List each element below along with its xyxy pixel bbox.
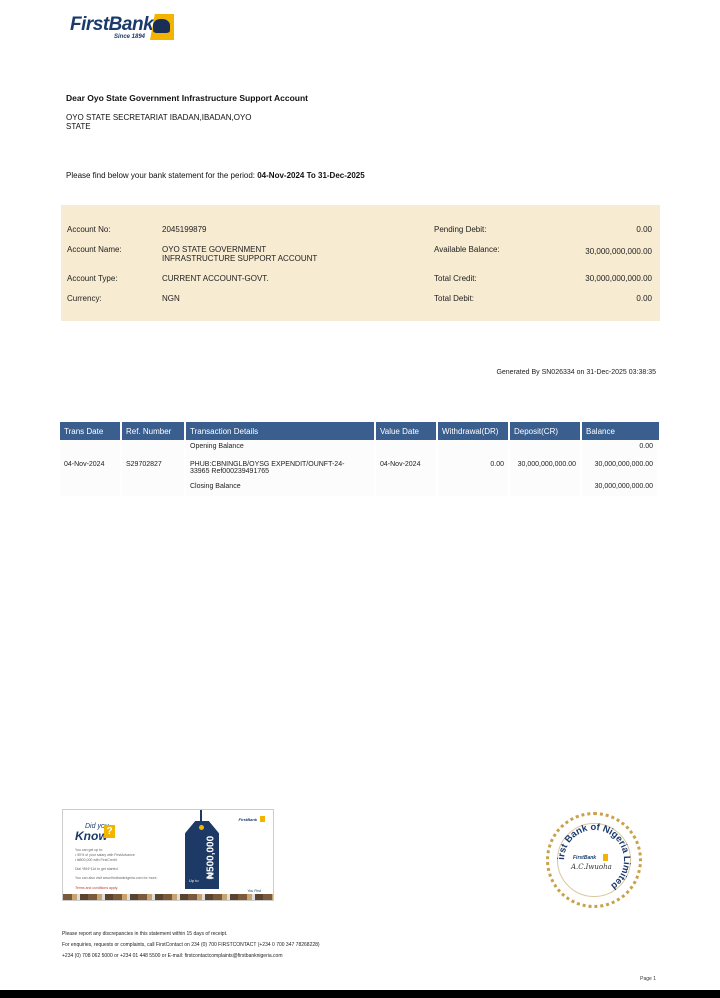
footer-contact-email: +234 (0) 708 062 5000 or +234 01 448 550…: [62, 953, 282, 959]
col-withdrawal: Withdrawal(DR): [438, 422, 510, 440]
available-balance-label: Available Balance:: [434, 245, 500, 254]
promo-upto: Up to: [189, 878, 199, 883]
table-row-opening: Opening Balance 0.00: [60, 440, 659, 456]
address-block: OYO STATE SECRETARIAT IBADAN,IBADAN,OYO …: [66, 113, 252, 131]
address-line: STATE: [66, 122, 252, 131]
cell-withdrawal: [438, 440, 510, 456]
promo-photo-strip: [63, 894, 273, 900]
question-mark-icon: ?: [104, 825, 115, 838]
cell-withdrawal: [438, 480, 510, 496]
seal-brand: FirstBank: [573, 855, 596, 861]
col-deposit: Deposit(CR): [510, 422, 582, 440]
period-intro: Please find below your bank statement fo…: [66, 171, 255, 180]
firstbank-logo: FirstBank Since 1894: [70, 12, 180, 44]
account-name-label: Account Name:: [67, 245, 122, 254]
col-value-date: Value Date: [376, 422, 438, 440]
footer-notice: Please report any discrepancies in this …: [62, 931, 227, 937]
account-type-label: Account Type:: [67, 274, 118, 283]
cell-balance: 0.00: [582, 440, 659, 456]
table-header-row: Trans Date Ref. Number Transaction Detai…: [60, 422, 659, 440]
details-line: 33965 Ref000239491765: [190, 468, 370, 475]
elephant-emblem-icon: [260, 816, 265, 822]
cell-trans-date: [60, 480, 122, 496]
currency-label: Currency:: [67, 294, 102, 303]
cell-ref: [122, 440, 186, 456]
account-name-line: INFRASTRUCTURE SUPPORT ACCOUNT: [162, 254, 317, 263]
cell-details: Opening Balance: [186, 440, 376, 456]
transactions-table: Trans Date Ref. Number Transaction Detai…: [60, 422, 659, 496]
promo-terms: Terms and conditions apply.: [75, 886, 118, 890]
promo-banner: Did you Know ? You can get up to: • 50% …: [62, 809, 274, 901]
cell-value-date: 04-Nov-2024: [376, 456, 438, 480]
col-ref-number: Ref. Number: [122, 422, 186, 440]
footer-contact: For enquiries, requests or complaints, c…: [62, 942, 320, 948]
cell-balance: 30,000,000,000.00: [582, 480, 659, 496]
currency-value: NGN: [162, 294, 180, 303]
account-name-value: OYO STATE GOVERNMENT INFRASTRUCTURE SUPP…: [162, 245, 317, 263]
generated-by: Generated By SN026334 on 31-Dec-2025 03:…: [496, 369, 656, 376]
cell-ref: [122, 480, 186, 496]
elephant-icon: [153, 19, 170, 33]
cell-balance: 30,000,000,000.00: [582, 456, 659, 480]
total-credit-label: Total Credit:: [434, 274, 477, 283]
promo-brand: FirstBank: [239, 817, 257, 822]
table-row-closing: Closing Balance 30,000,000,000.00: [60, 480, 659, 496]
col-transaction-details: Transaction Details: [186, 422, 376, 440]
table-row: 04-Nov-2024 S29702827 PHUB:CBNINGLB/OYSG…: [60, 456, 659, 480]
company-seal: First Bank of Nigeria Limited FirstBank …: [546, 812, 642, 908]
promo-slogan: You First: [247, 889, 261, 893]
col-trans-date: Trans Date: [60, 422, 122, 440]
promo-amount: ₦500,000: [206, 828, 217, 888]
account-name-line: OYO STATE GOVERNMENT: [162, 245, 317, 254]
col-balance: Balance: [582, 422, 659, 440]
account-type-value: CURRENT ACCOUNT-GOVT.: [162, 274, 269, 283]
logo-tagline: Since 1894: [114, 34, 145, 40]
cell-deposit: 30,000,000,000.00: [510, 456, 582, 480]
cell-value-date: [376, 440, 438, 456]
total-debit-value: 0.00: [636, 294, 652, 303]
promo-line: You can also visit www.firstbanknigeria.…: [75, 876, 158, 880]
cell-deposit: [510, 440, 582, 456]
signature: A.C.Iwuoha: [571, 863, 612, 871]
page-number: Page 1: [640, 976, 656, 982]
cell-value-date: [376, 480, 438, 496]
promo-line: Dial *894*11# to get started.: [75, 867, 119, 871]
total-debit-label: Total Debit:: [434, 294, 474, 303]
bottom-bar: [0, 990, 720, 998]
cell-ref: S29702827: [122, 456, 186, 480]
account-summary: Account No: 2045199879 Account Name: OYO…: [61, 205, 660, 321]
tag-hole-icon: [199, 825, 204, 830]
details-line: PHUB:CBNINGLB/OYSG EXPENDIT/OUNFT-24-: [190, 461, 370, 468]
total-credit-value: 30,000,000,000.00: [585, 274, 652, 283]
promo-know: Know: [75, 829, 108, 843]
greeting: Dear Oyo State Government Infrastructure…: [66, 93, 308, 103]
pending-debit-label: Pending Debit:: [434, 225, 486, 234]
account-no-label: Account No:: [67, 225, 111, 234]
promo-line: • ₦500,000 with FirstCredit: [75, 858, 117, 862]
available-balance-value: 30,000,000,000.00: [585, 247, 652, 256]
pending-debit-value: 0.00: [636, 225, 652, 234]
logo-text: FirstBank: [70, 14, 153, 36]
promo-line: You can get up to:: [75, 848, 103, 852]
period-range: 04-Nov-2024 To 31-Dec-2025: [257, 171, 364, 180]
cell-details: Closing Balance: [186, 480, 376, 496]
elephant-emblem-icon: [603, 854, 608, 861]
cell-trans-date: [60, 440, 122, 456]
address-line: OYO STATE SECRETARIAT IBADAN,IBADAN,OYO: [66, 113, 252, 122]
cell-details: PHUB:CBNINGLB/OYSG EXPENDIT/OUNFT-24- 33…: [186, 456, 376, 480]
promo-line: • 50% of your salary with FirstAdvance: [75, 853, 135, 857]
cell-deposit: [510, 480, 582, 496]
cell-trans-date: 04-Nov-2024: [60, 456, 122, 480]
cell-withdrawal: 0.00: [438, 456, 510, 480]
svg-text:First Bank of Nigeria Limited: First Bank of Nigeria Limited: [549, 815, 632, 892]
account-no-value: 2045199879: [162, 225, 207, 234]
statement-period: Please find below your bank statement fo…: [66, 171, 365, 180]
